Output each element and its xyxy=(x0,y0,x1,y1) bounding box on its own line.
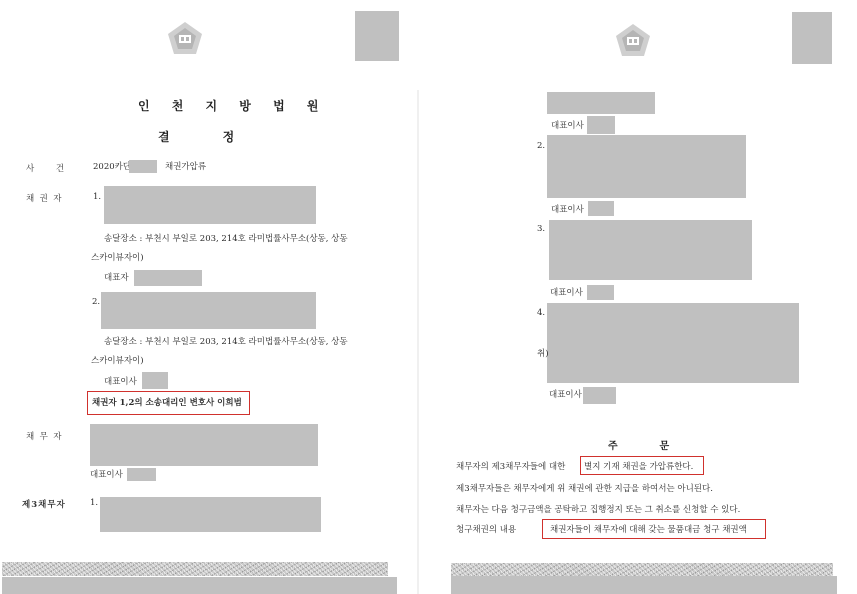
claim-content: 채권자들이 채무자에 대해 갖는 물품대금 청구 채권액 xyxy=(550,525,747,535)
case-label: 사 건 xyxy=(26,162,64,174)
redacted-creditor-2 xyxy=(101,292,316,329)
creditor-counsel: 채권자 1,2의 소송대리인 변호사 이희범 xyxy=(92,398,242,408)
noise-redaction-band xyxy=(451,563,833,577)
order-heading: 주 문 xyxy=(608,437,672,452)
redacted-third-debtor-4 xyxy=(547,303,799,383)
third-debtor-2-rep-label: 대표이사 xyxy=(551,205,584,215)
document-page-right: 대표이사 2. 대표이사 3. 대표이사 4. 취) 대표이사 주 문 채무자의… xyxy=(420,0,857,594)
third-debtor-4-number: 4. xyxy=(537,308,545,318)
page-divider xyxy=(417,90,419,594)
redacted-stamp xyxy=(792,12,832,64)
creditor-2-number: 2. xyxy=(92,297,100,307)
claim-label: 청구채권의 내용 xyxy=(456,525,516,535)
creditor-1-rep-label: 대표자 xyxy=(104,273,129,283)
third-debtor-1-number: 1. xyxy=(90,498,98,508)
creditor-2-address-cont: 스카이뷰자이) xyxy=(91,356,144,366)
noise-redaction-band xyxy=(2,562,388,576)
debtor-label: 채 무 자 xyxy=(26,430,61,442)
redacted-debtor-rep xyxy=(127,468,156,481)
redacted-third-debtor-1-rep xyxy=(587,116,615,134)
document-type: 결 정 xyxy=(158,128,238,145)
third-debtor-2-number: 2. xyxy=(537,141,545,151)
order-line-2: 제3채무자들은 채무자에게 위 채권에 관한 지급을 하여서는 아니된다. xyxy=(456,484,713,494)
third-debtor-3-rep-label: 대표이사 xyxy=(550,288,583,298)
redacted-case-number xyxy=(129,160,157,173)
debtor-rep-label: 대표이사 xyxy=(90,470,123,480)
redacted-footer xyxy=(2,577,397,594)
third-debtor-4-fragment: 취) xyxy=(537,349,549,359)
creditor-1-number: 1. xyxy=(93,192,101,202)
case-name: 채권가압류 xyxy=(165,162,206,172)
creditor-2-rep-label: 대표이사 xyxy=(104,377,137,387)
court-emblem-icon xyxy=(612,20,654,62)
redacted-third-debtor-1 xyxy=(100,497,321,532)
third-debtor-3-number: 3. xyxy=(537,224,545,234)
redacted-creditor-1-rep xyxy=(134,270,202,286)
redacted-third-debtor-1-name xyxy=(547,92,655,114)
redacted-stamp xyxy=(355,11,399,61)
order-line-1-prefix: 채무자의 제3채무자들에 대한 xyxy=(456,462,565,472)
creditor-2-address: 송달장소 : 부천시 부일로 203, 214호 라미법률사무소(상동, 상동 xyxy=(104,337,348,347)
order-line-3: 채무자는 다음 청구금액을 공탁하고 집행정지 또는 그 취소를 신청할 수 있… xyxy=(456,505,740,515)
redacted-third-debtor-4-rep xyxy=(583,387,616,404)
redacted-creditor-2-rep xyxy=(142,372,168,389)
creditor-1-address-cont: 스카이뷰자이) xyxy=(91,253,144,263)
redacted-third-debtor-3 xyxy=(549,220,752,280)
third-debtor-1-rep-label: 대표이사 xyxy=(551,121,584,131)
redacted-creditor-1 xyxy=(104,186,316,224)
court-name: 인 천 지 방 법 원 xyxy=(138,97,327,114)
order-line-1-highlight: 별지 기재 채권을 가압류한다. xyxy=(584,462,693,472)
redacted-third-debtor-2 xyxy=(547,135,746,198)
case-number-prefix: 2020카단 xyxy=(93,162,131,172)
redacted-third-debtor-3-rep xyxy=(587,285,614,300)
document-page-left: 인 천 지 방 법 원 결 정 사 건 2020카단 채권가압류 채 권 자 1… xyxy=(0,0,418,594)
redacted-third-debtor-2-rep xyxy=(588,201,614,216)
redacted-debtor xyxy=(90,424,318,466)
third-debtor-label: 제3채무자 xyxy=(22,498,66,510)
third-debtor-4-rep-label: 대표이사 xyxy=(549,390,582,400)
redacted-footer xyxy=(451,576,837,594)
court-emblem-icon xyxy=(164,18,206,60)
creditor-1-address: 송달장소 : 부천시 부일로 203, 214호 라미법률사무소(상동, 상동 xyxy=(104,234,348,244)
creditor-label: 채 권 자 xyxy=(26,192,61,204)
